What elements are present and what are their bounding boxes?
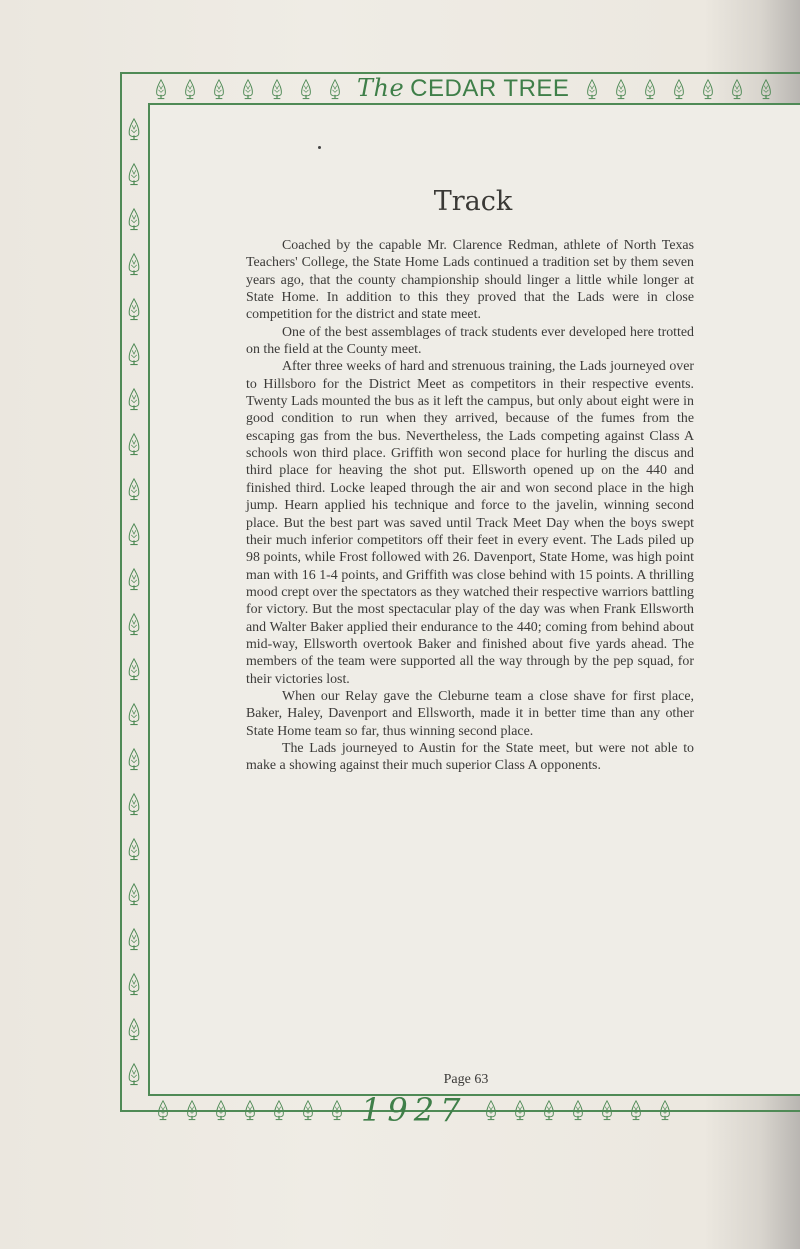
cedar-tree-icon [122, 514, 146, 554]
cedar-tree-icon [621, 1098, 650, 1122]
cedar-tree-icon [122, 964, 146, 1004]
left-border-ornaments [122, 106, 146, 1096]
masthead-name: CEDAR TREE [410, 75, 569, 102]
cedar-tree-icon [650, 1098, 679, 1122]
paragraph: When our Relay gave the Cleburne team a … [246, 688, 694, 740]
cedar-tree-icon [122, 1009, 146, 1049]
cedar-tree-icon [122, 154, 146, 194]
cedar-tree-icon [122, 424, 146, 464]
cedar-tree-icon [122, 604, 146, 644]
paragraph: After three weeks of hard and strenuous … [246, 358, 694, 688]
cedar-tree-icon [722, 77, 751, 101]
masthead-the: The [357, 74, 404, 102]
cedar-tree-icon [122, 784, 146, 824]
masthead-left-ornaments [146, 77, 349, 101]
cedar-tree-icon [233, 77, 262, 101]
cedar-tree-icon [122, 469, 146, 509]
cedar-tree-icon [148, 1098, 177, 1122]
cedar-tree-icon [122, 244, 146, 284]
yearbook-year: 1927 [351, 1091, 476, 1129]
cedar-tree-icon [122, 919, 146, 959]
cedar-tree-icon [635, 77, 664, 101]
cedar-tree-icon [122, 289, 146, 329]
cedar-tree-icon [175, 77, 204, 101]
cedar-tree-icon [122, 559, 146, 599]
cedar-tree-icon [563, 1098, 592, 1122]
footer-right-ornaments [476, 1098, 679, 1122]
paragraph: Coached by the capable Mr. Clarence Redm… [246, 237, 694, 324]
masthead-right-ornaments [577, 77, 780, 101]
paper-fleck [318, 146, 321, 149]
cedar-tree-icon [664, 77, 693, 101]
cedar-tree-icon [122, 739, 146, 779]
article-title: Track [148, 186, 798, 217]
cedar-tree-icon [235, 1098, 264, 1122]
cedar-tree-icon [751, 77, 780, 101]
cedar-tree-icon [122, 1054, 146, 1094]
article-body: Coached by the capable Mr. Clarence Redm… [246, 237, 694, 775]
cedar-tree-icon [291, 77, 320, 101]
cedar-tree-icon [122, 109, 146, 149]
cedar-tree-icon [505, 1098, 534, 1122]
cedar-tree-icon [122, 199, 146, 239]
cedar-tree-icon [204, 77, 233, 101]
cedar-tree-icon [606, 77, 635, 101]
footer-band: 1927 [122, 1096, 800, 1124]
cedar-tree-icon [206, 1098, 235, 1122]
paragraph: The Lads journeyed to Austin for the Sta… [246, 740, 694, 775]
cedar-tree-icon [146, 77, 175, 101]
cedar-tree-icon [177, 1098, 206, 1122]
masthead-title: TheCEDAR TREE [349, 74, 577, 103]
cedar-tree-icon [122, 694, 146, 734]
cedar-tree-icon [320, 77, 349, 101]
cedar-tree-icon [122, 379, 146, 419]
cedar-tree-icon [322, 1098, 351, 1122]
cedar-tree-icon [122, 829, 146, 869]
cedar-tree-icon [264, 1098, 293, 1122]
cedar-tree-icon [577, 77, 606, 101]
page-number: Page 63 [148, 1072, 784, 1088]
footer-left-ornaments [148, 1098, 351, 1122]
cedar-tree-icon [592, 1098, 621, 1122]
masthead-band: TheCEDAR TREE [122, 74, 800, 103]
cedar-tree-icon [262, 77, 291, 101]
cedar-tree-icon [693, 77, 722, 101]
cedar-tree-icon [122, 874, 146, 914]
cedar-tree-icon [534, 1098, 563, 1122]
cedar-tree-icon [122, 649, 146, 689]
cedar-tree-icon [293, 1098, 322, 1122]
cedar-tree-icon [476, 1098, 505, 1122]
cedar-tree-icon [122, 334, 146, 374]
paragraph: One of the best assemblages of track stu… [246, 324, 694, 359]
